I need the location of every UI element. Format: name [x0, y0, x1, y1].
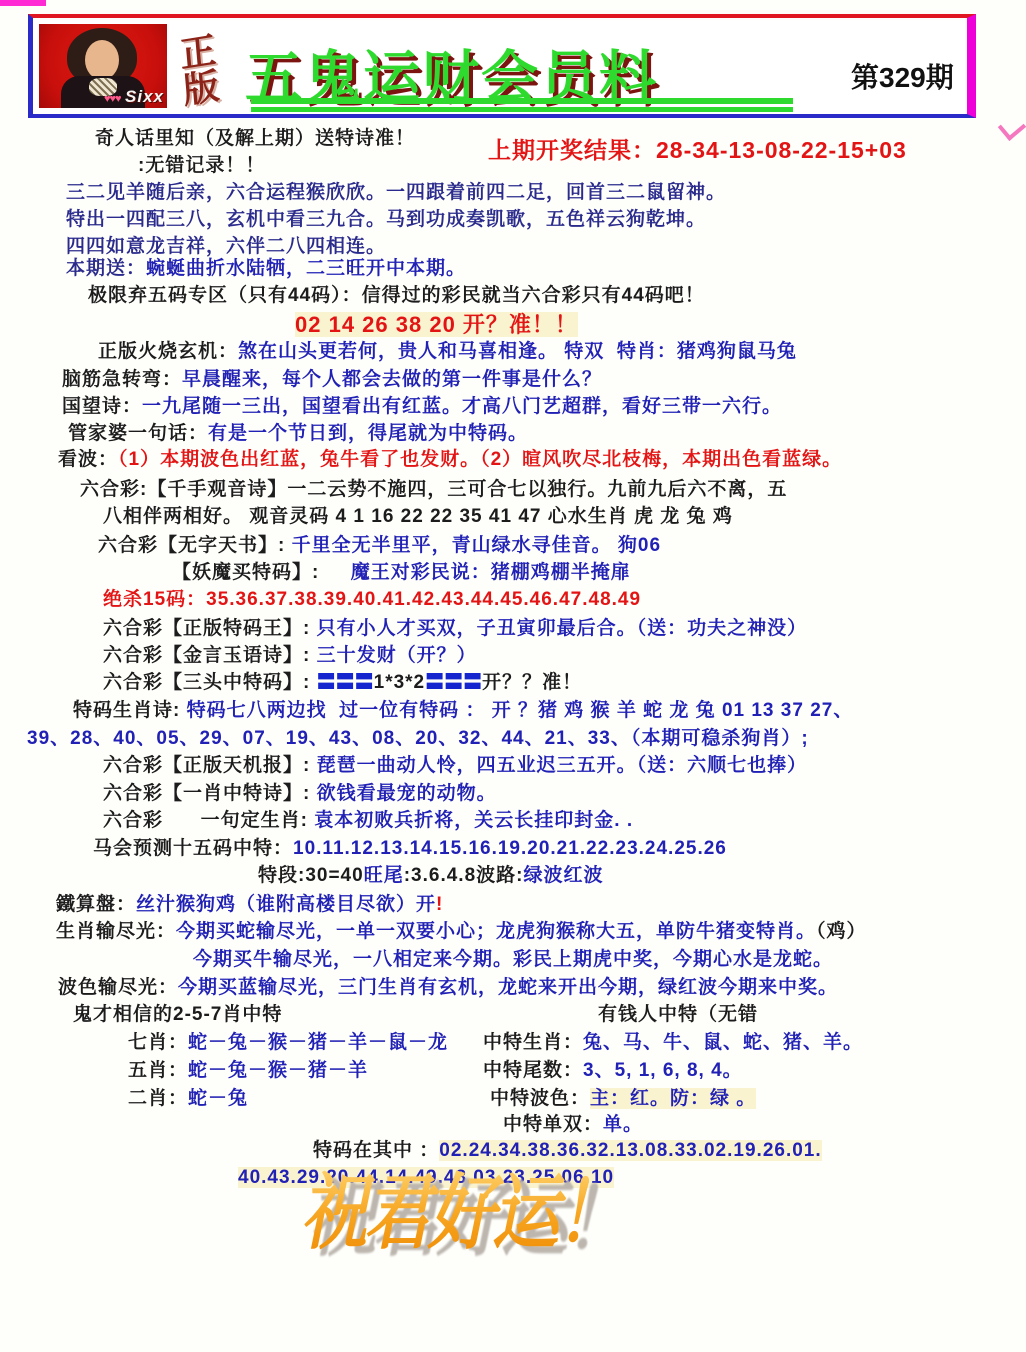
- yaomo-line: 【妖魔买特码】: 魔王对彩民说：猪棚鸡棚半掩扉: [172, 561, 631, 585]
- text-segment: 奇人话里知（及解上期）送特诗准！: [95, 128, 415, 149]
- photo-watermark-group: ♥♥♥ Sixx: [104, 87, 164, 107]
- text-segment: 绿波红波: [523, 865, 603, 886]
- gift-line: 本期送：蜿蜒曲折水陆牺，二三旺开中本期。: [66, 257, 466, 281]
- page: ♥♥♥ Sixx 正版 五鬼运财会员料 第329期 奇人话里知（及解上期）送特诗…: [0, 0, 1026, 1352]
- text-segment: 中特波色：: [490, 1088, 590, 1109]
- tiesuanpan-line: 鐵算盤：丝汁猴狗鸡（谁附高楼目尽欲）开!: [56, 893, 443, 917]
- text-segment: 蛇－兔－猴－猪－羊－鼠－龙: [188, 1032, 448, 1053]
- mahui-line: 马会预测十五码中特：10.11.12.13.14.15.16.19.20.21.…: [93, 837, 727, 861]
- text-segment: 今期买蓝输尽光，三门生肖有玄机，龙蛇来开出今期，绿红波今期来中奖。: [178, 977, 838, 998]
- text-segment: 〓〓〓: [425, 672, 482, 693]
- 44-codes-line: 极限弃五码专区（只有44码）：信得过的彩民就当六合彩只有44码吧！: [88, 284, 705, 308]
- text-segment: 六合彩【无字天书】:: [98, 535, 285, 556]
- poem-line: 四四如意龙吉祥，六伴二八四相连。: [66, 235, 386, 259]
- hostess-photo: ♥♥♥ Sixx: [39, 24, 167, 108]
- text-segment: 02 14 26 38 20 开？准！！: [295, 312, 578, 337]
- text-segment: 早晨醒来，每个人都会去做的第一件事是什么？: [182, 369, 602, 390]
- wuxiao-line: 五肖：蛇－兔－猴－猪－羊: [128, 1059, 368, 1083]
- text-segment: 今期买蛇输尽光，一单一双要小心；龙虎狗猴称大五，单防牛猪变特肖。: [176, 921, 816, 942]
- text-segment: 五肖：: [128, 1060, 188, 1081]
- text-segment: 特出一四配三八，玄机中看三九合。马到功成奏凯歌，五色祥云狗乾坤。: [66, 209, 706, 230]
- edition-stamp: 正版: [168, 31, 218, 110]
- text-segment: 六合彩【三头中特码】:: [103, 672, 317, 693]
- text-segment: :无错记录！！: [138, 155, 265, 176]
- text-segment: 只有小人才买双，子丑寅卯最后合。（送：功夫之神没）: [310, 618, 807, 639]
- youqianren-header: 有钱人中特（无错: [598, 1003, 758, 1027]
- text-segment: 煞在山头更若何，贵人和马喜相逢。 特双 特肖：猪鸡狗鼠马兔: [238, 341, 797, 362]
- text-segment: 七肖：: [128, 1032, 188, 1053]
- zhongte-danshuang: 中特单双：单。: [503, 1113, 643, 1137]
- text-segment: 旺尾: [364, 865, 404, 886]
- text-segment: 正版火烧玄机：: [98, 341, 238, 362]
- qixiao-line: 七肖：蛇－兔－猴－猪－羊－鼠－龙: [128, 1031, 448, 1055]
- text-segment: 上期开奖结果：28-34-13-08-22-15+03: [488, 137, 907, 163]
- text-segment: 国望诗：: [62, 396, 142, 417]
- text-segment: 【妖魔买特码】:: [172, 562, 319, 583]
- scan-artifact: [998, 113, 1026, 141]
- text-segment: :3.6.4.8: [404, 865, 476, 886]
- text-segment: 三二见羊随后亲，六合运程猴欣欣。一四跟着前四二足，回首三二鼠留神。: [66, 182, 726, 203]
- guicai-header: 鬼才相信的2-5-7肖中特: [73, 1003, 282, 1027]
- guowang-line: 国望诗：一九尾随一三出，国望看出有红蓝。才高八门艺超群，看好三带一六行。: [62, 395, 782, 419]
- text-segment: 中特生肖：: [483, 1032, 583, 1053]
- teduan-line: 特段:30=40旺尾:3.6.4.8波路:绿波红波: [258, 864, 604, 888]
- zhongte-weishu: 中特尾数：3、5, 1, 6, 8, 4。: [483, 1059, 743, 1083]
- issue-number: 第329期: [851, 56, 954, 96]
- text-segment: 六合彩:【千手观音诗】一二云势不施四，三可合七以独行。九前九后六不离，五: [80, 479, 787, 500]
- text-segment: 欲钱看最宠的动物。: [310, 783, 496, 804]
- shuxiao-shujinguang-2: 今期买牛输尽光，一八相定来今期。彩民上期虎中奖，今期心水是龙蛇。: [193, 948, 833, 972]
- text-segment: 一九尾随一三出，国望看出有红蓝。才高八门艺超群，看好三带一六行。: [142, 396, 782, 417]
- text-segment: 39、28、40、05、29、07、19、43、08、20、32、44、21、3…: [27, 728, 809, 749]
- text-segment: 波色输尽光：: [58, 977, 178, 998]
- intro-line: 奇人话里知（及解上期）送特诗准！: [95, 127, 415, 151]
- shengxiao-poem-1: 特码生肖诗: 特码七八两边找 过一位有特码 ： 开 ？猪 鸡 猴 羊 蛇 龙 兔…: [73, 699, 853, 723]
- juesha-line: 绝杀15码：35.36.37.38.39.40.41.42.43.44.45.4…: [103, 588, 641, 612]
- text-segment: 有钱人中特（无错: [598, 1004, 758, 1025]
- text-segment: 六合彩【正版天机报】:: [103, 755, 310, 776]
- text-segment: （鸡）: [816, 921, 867, 942]
- text-segment: 三十发财（开？）: [310, 645, 476, 666]
- guanyin-line-1: 六合彩:【千手观音诗】一二云势不施四，三可合七以独行。九前九后六不离，五: [80, 478, 787, 502]
- text-segment: 波路:: [476, 865, 523, 886]
- santou-line: 六合彩【三头中特码】: 〓〓〓1*3*2〓〓〓开？？准！: [103, 671, 582, 695]
- wave-line: 看波：（1）本期波色出红蓝，兔牛看了也发财。（2）暄风吹尽北枝梅，本期出色看蓝绿…: [58, 448, 842, 472]
- text-segment: 中特尾数：: [483, 1060, 583, 1081]
- bose-shujinguang: 波色输尽光：今期买蓝输尽光，三门生肖有玄机，龙蛇来开出今期，绿红波今期来中奖。: [58, 976, 838, 1000]
- five-codes-line: 02 14 26 38 20 开？准！！: [295, 311, 578, 339]
- text-segment: 六合彩 一句定生肖:: [103, 810, 314, 831]
- text-segment: 鬼才相信的2-5-7肖中特: [73, 1004, 282, 1025]
- text-segment: 蜿蜒曲折水陆牺，二三旺开中本期。: [146, 258, 466, 279]
- hearts-icon: ♥♥♥: [104, 93, 121, 105]
- guanyin-line-2: 八相伴两相好。 观音灵码 4 1 16 22 22 35 41 47 心水生肖 …: [103, 505, 733, 529]
- text-segment: 特码生肖诗:: [73, 700, 187, 721]
- text-segment: 绝杀15码：35.36.37.38.39.40.41.42.43.44.45.4…: [103, 589, 641, 610]
- text-segment: （1）本期波色出红蓝，兔牛看了也发财。（2）暄风吹尽北枝梅，本期出色看蓝绿。: [118, 449, 842, 470]
- text-segment: 特段:30=40: [258, 865, 364, 886]
- text-segment: 兔、马、牛、鼠、蛇、猪、羊。: [583, 1032, 863, 1053]
- text-segment: 极限弃五码专区（只有44码）：信得过的彩民就当六合彩只有44码吧！: [88, 285, 705, 306]
- text-segment: 六合彩【金言玉语诗】:: [103, 645, 310, 666]
- text-segment: 1*3*2: [374, 672, 426, 693]
- last-draw-result: 上期开奖结果：28-34-13-08-22-15+03: [488, 136, 907, 165]
- text-segment: 〓〓〓: [317, 672, 374, 693]
- shuxiao-shujinguang-1: 生肖输尽光：今期买蛇输尽光，一单一双要小心；龙虎狗猴称大五，单防牛猪变特肖。（鸡…: [56, 920, 867, 944]
- erxiao-line: 二肖：蛇－兔: [128, 1087, 248, 1111]
- guanjiapo-line: 管家婆一句话：有是一个节日到，得尾就为中特码。: [68, 422, 528, 446]
- blessing-text: 祝君好运！: [300, 1148, 620, 1265]
- text-segment: 今期买牛输尽光，一八相定来今期。彩民上期虎中奖，今期心水是龙蛇。: [193, 949, 833, 970]
- zhongte-bose: 中特波色：主：红。防：绿 。: [490, 1087, 756, 1111]
- text-segment: 马会预测十五码中特：: [93, 838, 293, 859]
- huoshao-line: 正版火烧玄机：煞在山头更若何，贵人和马喜相逢。 特双 特肖：猪鸡狗鼠马兔: [98, 340, 797, 364]
- header-banner: ♥♥♥ Sixx 正版 五鬼运财会员料 第329期: [28, 14, 976, 118]
- text-segment: 中特单双：: [503, 1114, 603, 1135]
- text-segment: 主：红。防：绿 。: [590, 1088, 756, 1109]
- poem-line: 三二见羊随后亲，六合运程猴欣欣。一四跟着前四二足，回首三二鼠留神。: [66, 181, 726, 205]
- text-segment: 丝汁猴狗鸡（谁附高楼目尽欲）开: [136, 894, 436, 915]
- tianjibao-line: 六合彩【正版天机报】: 琵琶一曲动人怜，四五业迟三五开。（送：六顺七也捧）: [103, 754, 807, 778]
- photo-watermark: Sixx: [125, 87, 164, 106]
- text-segment: 10.11.12.13.14.15.16.19.20.21.22.23.24.2…: [293, 838, 727, 859]
- text-segment: 本期送：: [66, 258, 146, 279]
- text-segment: 看波：: [58, 449, 118, 470]
- text-segment: 千里全无半里平，青山绿水寻佳音。 狗06: [285, 535, 661, 556]
- yiju-line: 六合彩 一句定生肖: 袁本初败兵折将，关云长挂印封金. .: [103, 809, 633, 833]
- record-line: :无错记录！！: [138, 154, 265, 178]
- text-segment: 四四如意龙吉祥，六伴二八四相连。: [66, 236, 386, 257]
- photo-face: [85, 40, 119, 80]
- wuzitianshu-line: 六合彩【无字天书】: 千里全无半里平，青山绿水寻佳音。 狗06: [98, 534, 661, 558]
- riddle-line: 脑筋急转弯：早晨醒来，每个人都会去做的第一件事是什么？: [62, 368, 602, 392]
- text-segment: 鐵算盤：: [56, 894, 136, 915]
- text-segment: 脑筋急转弯：: [62, 369, 182, 390]
- text-segment: 单。: [603, 1114, 643, 1135]
- text-segment: 开？？准！: [482, 672, 582, 693]
- text-segment: 琵琶一曲动人怜，四五业迟三五开。（送：六顺七也捧）: [310, 755, 807, 776]
- text-segment: 八相伴两相好。 观音灵码 4 1 16 22 22 35 41 47 心水生肖 …: [103, 506, 733, 527]
- shengxiao-poem-2: 39、28、40、05、29、07、19、43、08、20、32、44、21、3…: [27, 727, 809, 751]
- title-underline-bottom: [251, 107, 793, 112]
- text-segment: 有是一个节日到，得尾就为中特码。: [208, 423, 528, 444]
- poem-line: 特出一四配三八，玄机中看三九合。马到功成奏凯歌，五色祥云狗乾坤。: [66, 208, 706, 232]
- text-segment: 管家婆一句话：: [68, 423, 208, 444]
- text-segment: 3、5, 1, 6, 8, 4。: [583, 1060, 743, 1081]
- text-segment: 二肖：: [128, 1088, 188, 1109]
- temawang-line: 六合彩【正版特码王】: 只有小人才买双，子丑寅卯最后合。（送：功夫之神没）: [103, 617, 807, 641]
- jinyan-line: 六合彩【金言玉语诗】: 三十发财（开？）: [103, 644, 477, 668]
- text-segment: 生肖输尽光：: [56, 921, 176, 942]
- text-segment: 蛇－兔－猴－猪－羊: [188, 1060, 368, 1081]
- text-segment: 蛇－兔: [188, 1088, 248, 1109]
- text-segment: !: [436, 894, 443, 915]
- yixiao-line: 六合彩【一肖中特诗】: 欲钱看最宠的动物。: [103, 782, 497, 806]
- text-segment: 六合彩【正版特码王】:: [103, 618, 310, 639]
- text-segment: 特码七八两边找 过一位有特码 ： 开 ？猪 鸡 猴 羊 蛇 龙 兔 01 13 …: [187, 700, 854, 721]
- zhongte-shengxiao: 中特生肖：兔、马、牛、鼠、蛇、猪、羊。: [483, 1031, 863, 1055]
- text-segment: 六合彩【一肖中特诗】:: [103, 783, 310, 804]
- title-underline-top: [251, 98, 793, 104]
- text-segment: 魔王对彩民说：猪棚鸡棚半掩扉: [319, 562, 630, 583]
- text-segment: 袁本初败兵折将，关云长挂印封金. .: [314, 810, 633, 831]
- scan-artifact: [0, 0, 46, 6]
